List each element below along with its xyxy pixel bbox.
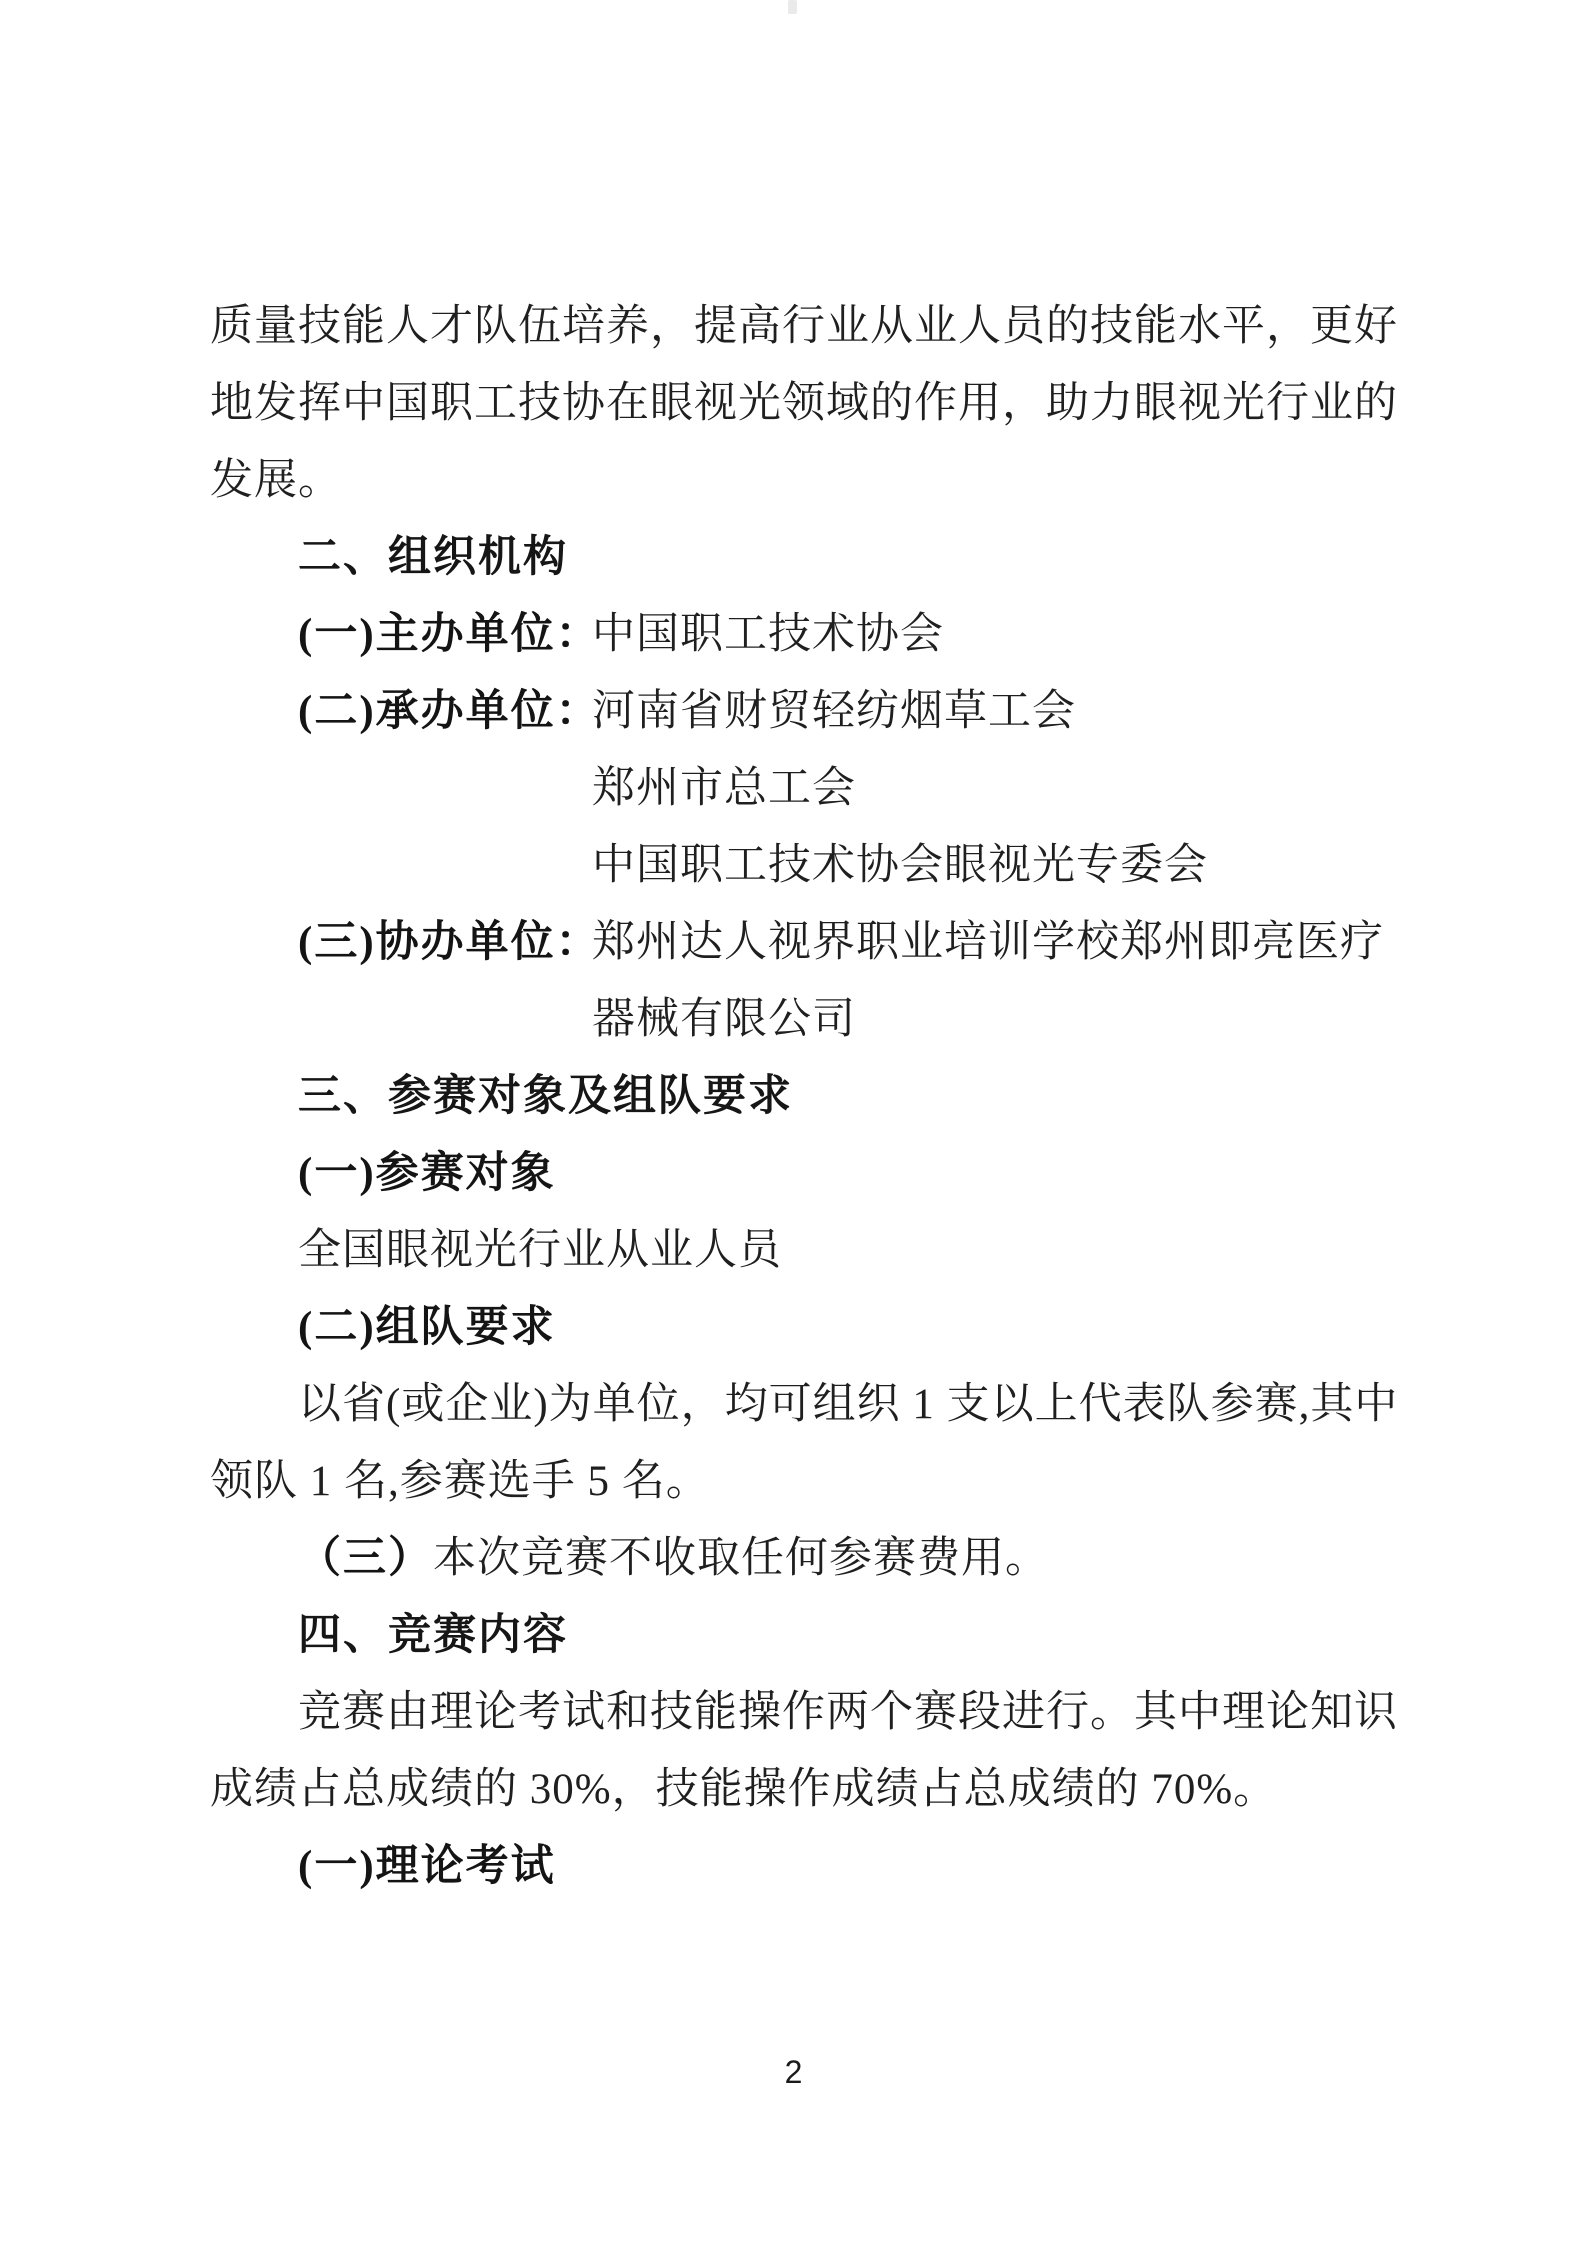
participants-sub2-body-line-1: 以省(或企业)为单位，均可组织 1 支以上代表队参赛,其中 bbox=[210, 1366, 1370, 1443]
section-heading-participants: 三、参赛对象及组队要求 bbox=[210, 1058, 1370, 1135]
document-body: 质量技能人才队伍培养，提高行业从业人员的技能水平，更好 地发挥中国职工技协在眼视… bbox=[210, 288, 1370, 1905]
organizer-unit-line: (二)承办单位：河南省财贸轻纺烟草工会 bbox=[210, 673, 1370, 750]
host-unit-value: 中国职工技术协会 bbox=[592, 611, 944, 658]
organizer-unit-value-2: 郑州市总工会 bbox=[210, 750, 1370, 827]
participants-sub3-label: （三） bbox=[298, 1535, 433, 1582]
section-heading-organization: 二、组织机构 bbox=[210, 519, 1370, 596]
participants-sub2-body-line-2: 领队 1 名,参赛选手 5 名。 bbox=[210, 1443, 1370, 1520]
organizer-unit-value-3: 中国职工技术协会眼视光专委会 bbox=[210, 827, 1370, 904]
co-organizer-unit-value-1: 郑州达人视界职业培训学校郑州即亮医疗 bbox=[592, 919, 1384, 966]
contest-body-line-1: 竞赛由理论考试和技能操作两个赛段进行。其中理论知识 bbox=[210, 1674, 1370, 1751]
co-organizer-unit-label: (三)协办单位： bbox=[210, 904, 592, 981]
host-unit-line: (一)主办单位：中国职工技术协会 bbox=[210, 596, 1370, 673]
intro-paragraph-line-1: 质量技能人才队伍培养，提高行业从业人员的技能水平，更好 bbox=[210, 288, 1370, 365]
host-unit-label: (一)主办单位： bbox=[210, 596, 592, 673]
co-organizer-unit-value-2: 器械有限公司 bbox=[210, 981, 1370, 1058]
participants-sub3-line: （三）本次竞赛不收取任何参赛费用。 bbox=[210, 1520, 1370, 1597]
organizer-unit-label: (二)承办单位： bbox=[210, 673, 592, 750]
section-heading-contest-content: 四、竞赛内容 bbox=[210, 1597, 1370, 1674]
organizer-unit-value-1: 河南省财贸轻纺烟草工会 bbox=[592, 688, 1076, 735]
participants-sub2-label: (二)组队要求 bbox=[210, 1289, 1370, 1366]
participants-sub1-body: 全国眼视光行业从业人员 bbox=[210, 1212, 1370, 1289]
co-organizer-unit-line: (三)协办单位：郑州达人视界职业培训学校郑州即亮医疗 bbox=[210, 904, 1370, 981]
contest-body-line-2: 成绩占总成绩的 30%，技能操作成绩占总成绩的 70%。 bbox=[210, 1751, 1370, 1828]
contest-sub1-label: (一)理论考试 bbox=[210, 1828, 1370, 1905]
intro-paragraph-line-2: 地发挥中国职工技协在眼视光领域的作用，助力眼视光行业的 bbox=[210, 365, 1370, 442]
intro-paragraph-line-3: 发展。 bbox=[210, 442, 1370, 519]
document-page: 质量技能人才队伍培养，提高行业从业人员的技能水平，更好 地发挥中国职工技协在眼视… bbox=[0, 0, 1587, 2243]
page-number: 2 bbox=[0, 2052, 1587, 2092]
participants-sub3-text: 本次竞赛不收取任何参赛费用。 bbox=[433, 1535, 1049, 1582]
participants-sub1-label: (一)参赛对象 bbox=[210, 1135, 1370, 1212]
scan-artifact-mark bbox=[788, 0, 797, 14]
